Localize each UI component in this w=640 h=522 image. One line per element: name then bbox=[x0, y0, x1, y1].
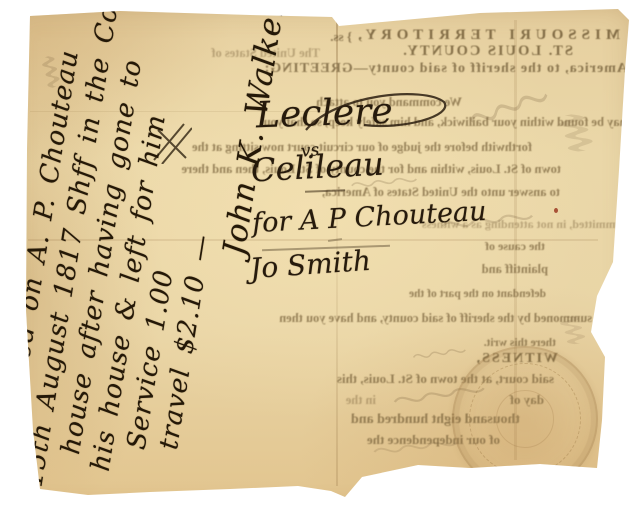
pen-flourish bbox=[302, 84, 452, 138]
printed-line-in-the: in the bbox=[288, 394, 376, 408]
scanned-document: MISSOURI TERRITORY, } ss. ST. LOUIS COUN… bbox=[0, 0, 640, 522]
handwritten-attorney-name: Jo Smith bbox=[249, 247, 372, 283]
red-ink-speck bbox=[554, 208, 558, 213]
embossed-seal-core bbox=[496, 390, 554, 448]
paper-sheet: MISSOURI TERRITORY, } ss. ST. LOUIS COUN… bbox=[0, 0, 640, 522]
embossed-seal bbox=[452, 346, 598, 492]
printed-line-plaintiff-and: plaintiff and bbox=[464, 263, 548, 277]
cross-hatch-doodle bbox=[150, 118, 192, 164]
printed-brace-ss: } ss. bbox=[306, 30, 352, 44]
edge-bleed-fragment bbox=[526, 114, 610, 154]
printed-territory-heading: MISSOURI TERRITORY, bbox=[325, 27, 620, 44]
edge-bleed-fragment bbox=[536, 316, 598, 346]
printed-line-defendant: defendant on the part of the bbox=[388, 288, 546, 301]
printed-line-the-cause-of: the cause of bbox=[462, 240, 545, 253]
printed-county-heading: ST. LOUIS COUNTY. bbox=[388, 44, 573, 60]
